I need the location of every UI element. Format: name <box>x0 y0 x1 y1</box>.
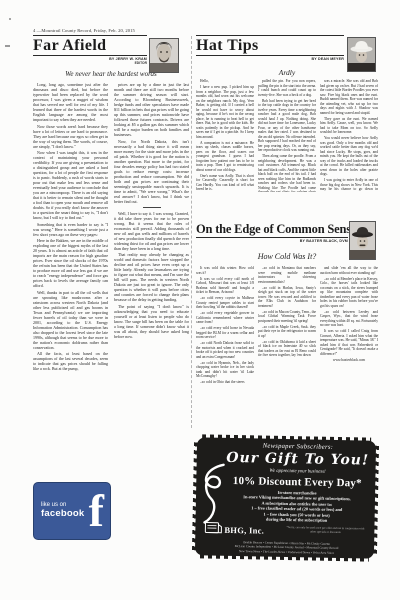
column-divider <box>191 36 192 428</box>
baxter-black-photo <box>349 221 376 260</box>
paragraph: Well, thanks in part to all the oil well… <box>33 290 108 350</box>
paragraph: The point of saying "I don't know" is ac… <box>114 304 189 339</box>
far-afield-column-2b: Well, I have to say it. I was wrong. Gra… <box>114 211 189 339</box>
paragraph: –so cold in Ohio that the steers <box>196 380 254 385</box>
paragraph: Now those words aren't hard because they… <box>33 124 108 149</box>
coupon-content: Newspaper Subscribers: Our Gift To You! … <box>223 442 373 525</box>
headline-rule <box>196 237 348 238</box>
hat-tips-byline: BY DEAN MEYER <box>196 57 344 61</box>
article-hat-tips: Hat Tips BY DEAN MEYER Ardly Hello,I hav… <box>196 35 378 192</box>
hat-tips-header: Hat Tips BY DEAN MEYER <box>196 35 344 61</box>
page-folio: 4 —Mountrail County Record, Friday, Feb.… <box>33 28 135 33</box>
far-afield-column-1-text: Long, long ago, sometime just after the … <box>33 82 108 478</box>
paragraph: I have a new pup. I picked him up from a… <box>196 85 254 139</box>
paragraph: and slide 'em all the way to the auction… <box>320 266 378 275</box>
coupon-teeth-right <box>373 446 379 554</box>
paragraph: One's name was Ardly. That is short for … <box>196 174 254 192</box>
paragraph: pulled the pin. For you non ropers, pull… <box>258 79 316 97</box>
coupon-headline: Our Gift To You! <box>224 450 372 469</box>
scan-artifact-dash <box>5 45 10 47</box>
paragraph: It was so cold every calf north of Caboo… <box>196 277 254 295</box>
common-sense-byline: BY BAXTER BLACK, DVM <box>196 239 348 243</box>
bhg-brand-name: BHG, Inc. <box>224 525 264 536</box>
paragraph: Bob had been trying to get her bred to t… <box>258 99 316 153</box>
common-sense-column-3: and slide 'em all the way to the auction… <box>320 266 378 386</box>
paragraph: –so cold in Hyannis, Neb., the lady chop… <box>196 361 254 379</box>
paragraph: prices are up by a dime in just the last… <box>114 82 189 137</box>
section-separator <box>143 207 161 208</box>
paragraph: Hello, <box>196 79 254 84</box>
coupon-fine-print: *Sorry, can only be used once per offer … <box>283 526 367 535</box>
paragraph: They gave us the runt. We named him Ardl… <box>320 117 378 135</box>
paragraph: Now when I was taught this, it was in th… <box>33 150 108 220</box>
article-common-sense: On the Edge of Common Sense BY BAXTER BL… <box>196 221 378 386</box>
paragraph: –so cold in Montana that ranchers were r… <box>258 266 316 284</box>
far-afield-column-2-text: prices are up by a dime in just the last… <box>114 82 189 542</box>
paragraph: All the facts, at least based on the ass… <box>33 351 108 371</box>
bhg-brand: BHG, Inc. <box>204 520 264 535</box>
far-afield-byline-role: EDITOR <box>33 61 147 65</box>
coupon-terms: In-store merchandiseIn-store Viking merc… <box>223 488 372 524</box>
far-afield-header: Far Afield BY JERRY W. KRAM EDITOR <box>33 35 147 65</box>
newspaper-page: 4 —Mountrail County Record, Friday, Feb.… <box>0 0 400 600</box>
common-sense-title: On the Edge of Common Sense <box>196 222 348 237</box>
coupon-offer: 10% Discount Every Day* <box>223 474 371 489</box>
far-afield-column-2: prices are up by a dime in just the last… <box>114 82 189 542</box>
paragraph: Long, long ago, sometime just after the … <box>33 82 108 122</box>
paragraph: –so cold North Dakota froze solid to the… <box>196 341 254 359</box>
headline-rule <box>196 55 344 56</box>
far-afield-column-2a: prices are up by a dime in just the last… <box>114 82 189 204</box>
dean-meyer-photo <box>347 37 376 72</box>
far-afield-column-1: Long, long ago, sometime just after the … <box>33 82 108 542</box>
paragraph: You would never believe how Ardly was go… <box>320 136 378 177</box>
common-sense-header: On the Edge of Common Sense BY BAXTER BL… <box>196 221 348 243</box>
headline-rule <box>33 55 147 56</box>
paragraph: –so cold in Oklahoma it laid a sheet of … <box>258 340 316 358</box>
hat-tips-title: Hat Tips <box>196 37 344 55</box>
paragraph: Now, for North Dakota, this isn't necess… <box>114 139 189 204</box>
paragraph: A companion is not a nuisance. He tears … <box>196 141 254 173</box>
far-afield-columns: Long, long ago, sometime just after the … <box>33 82 189 542</box>
facebook-ad-line2: facebook <box>41 511 84 516</box>
paragraph: was a miracle. She was old and Bob had g… <box>320 79 378 115</box>
paragraph: Here in the Bakken, we are in the middle… <box>33 238 108 288</box>
facebook-f-icon: f <box>89 483 104 539</box>
paragraph: –so cold every coyote in Malheur County … <box>196 296 254 310</box>
paragraph: www.baxterblack.com <box>320 358 378 363</box>
paragraph: It was so cold I called Craig from Conso… <box>320 329 378 356</box>
paragraph: –so cold in Maple Creek, Sask. they put … <box>258 325 316 339</box>
scan-artifact-dot <box>9 18 11 20</box>
article-far-afield: Far Afield BY JERRY W. KRAM EDITOR We ne… <box>33 35 189 542</box>
paragraph: Then along came the poodle. From a neigh… <box>258 154 316 192</box>
paragraph: –so cold between Leedey and Casper, Wyo.… <box>320 310 378 328</box>
common-sense-columns: It was cold this winter. How cold was it… <box>196 266 378 386</box>
paragraph: –so cold every wild horse in Nevada begg… <box>196 326 254 340</box>
subscriber-coupon-ad: Newspaper Subscribers: Our Gift To You! … <box>192 434 379 562</box>
hat-tips-column-1: Hello,I have a new pup. I picked him up … <box>196 79 254 192</box>
common-sense-column-2: –so cold in Montana that ranchers were r… <box>258 266 316 386</box>
facebook-ad: like us on facebook f <box>33 482 111 540</box>
paragraph: I was going to enter Ardly in one of tho… <box>320 178 378 192</box>
paragraph: –so cold in Macon County, Tenn., the loc… <box>258 310 316 324</box>
paragraph: Well, I have to say it. I was wrong. Gra… <box>114 211 189 251</box>
hat-tips-column-3: was a miracle. She was old and Bob had g… <box>320 79 378 192</box>
paragraph: –so cold in Harlan, Iowa, Santy's sleigh… <box>258 286 316 309</box>
jerry-kram-photo <box>149 38 179 73</box>
hat-tips-columns: Hello,I have a new pup. I picked him up … <box>196 79 378 192</box>
far-afield-title: Far Afield <box>33 37 147 55</box>
paragraph: Something that is even harder to say is … <box>33 222 108 237</box>
hat-tips-column-2: pulled the pin. For you non ropers, pull… <box>258 79 316 192</box>
common-sense-column-1: It was cold this winter. How cold was it… <box>196 266 254 386</box>
paragraph: It was cold this winter. How cold was it… <box>196 266 254 275</box>
paragraph: That reality may already be changing as … <box>114 252 189 302</box>
paragraph: –so cold at Mendee's place in Kersey, Co… <box>320 277 378 309</box>
newspaper-icon <box>204 520 222 534</box>
paragraph: –so cold every vegetable grower in Calif… <box>196 311 254 325</box>
